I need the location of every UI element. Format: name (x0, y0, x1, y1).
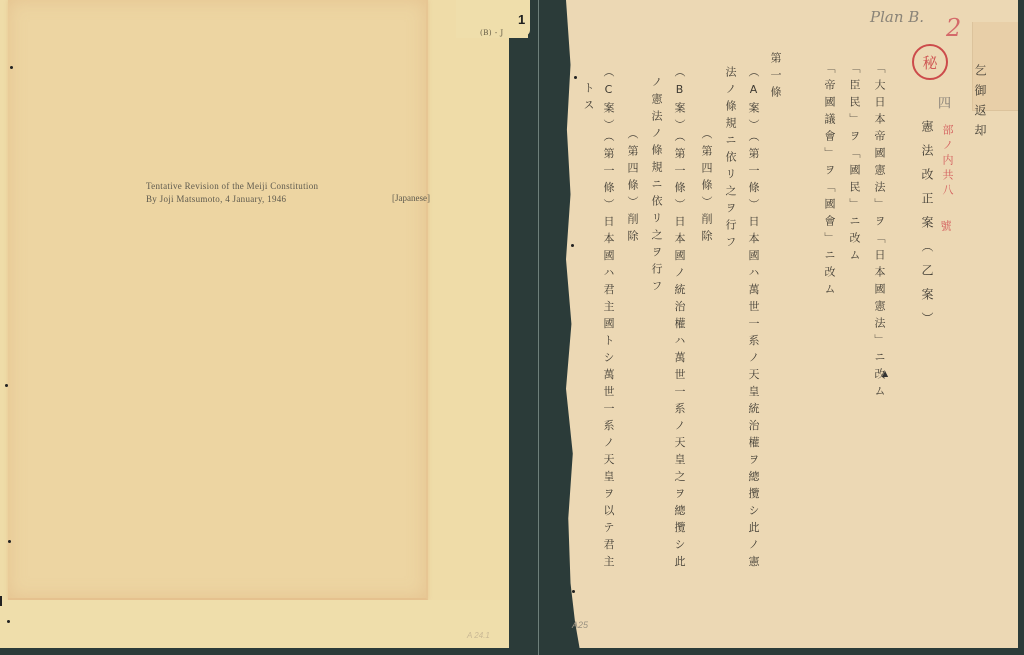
seal-glyph: 秘 (922, 52, 937, 73)
red-seal-stamp: 秘 (912, 44, 948, 80)
body-column: （B案）（第一條）日本國ノ統治權ハ萬世一系ノ天皇之ヲ總攬シ此 (674, 66, 685, 573)
body-column: （C案）（第一條）日本國ハ君主國トシ萬世一系ノ天皇ヲ以テ君主 (603, 66, 614, 573)
left-page-bottom-strip (0, 600, 509, 648)
left-page-stain-area (8, 0, 428, 600)
right-page (566, 0, 1018, 648)
page-number: 1 (518, 12, 525, 27)
punch-hole-mark (7, 620, 10, 623)
left-page-reference-mark: A 24.1 (467, 631, 490, 640)
body-column: （第四條）削除 (627, 128, 638, 247)
document-viewer: (B) - J 1 Tentative Revision of the Meij… (0, 0, 1024, 655)
body-column: 「臣民」ヲ「國民」ニ改ム (849, 62, 860, 266)
right-page-reference-mark: A25 (572, 620, 588, 630)
body-column: （第四條）削除 (701, 128, 712, 247)
triangle-mark: ▲ (882, 369, 888, 378)
punch-hole-mark (5, 384, 8, 387)
red-annotation: 部ノ内共八 (942, 124, 953, 199)
punch-hole-mark (572, 590, 575, 593)
punch-hole-mark (8, 540, 11, 543)
article-heading-column: 第一條 (770, 52, 781, 103)
punch-hole-mark (10, 66, 13, 69)
index-tab-label: (B) - J (480, 29, 504, 37)
body-column: 法ノ條規ニ依リ之ヲ行フ (725, 66, 736, 253)
punch-hole-mark (574, 76, 577, 79)
document-title: Tentative Revision of the Meiji Constitu… (146, 180, 318, 193)
document-heading-column: 憲法改正案（乙案） (921, 120, 933, 336)
body-column: ノ憲法ノ條規ニ依リ之ヲ行フ (651, 76, 662, 297)
edge-mark (0, 596, 2, 606)
body-column: （A案）（第一條）日本國ハ萬世一系ノ天皇統治權ヲ總攬シ此ノ憲 (748, 66, 759, 573)
punch-hole-mark (571, 244, 574, 247)
document-author-date: By Joji Matsumoto, 4 January, 1946 (146, 193, 318, 206)
body-column: 「大日本帝國憲法」ヲ「日本國憲法」ニ改ム (874, 62, 885, 402)
red-handwritten-mark: 2 (946, 14, 961, 42)
left-page (0, 0, 509, 648)
handwritten-note: Plan B. (870, 8, 924, 26)
page-divider (538, 0, 539, 655)
pencil-note: 四 (936, 96, 949, 115)
body-column: 「帝國議會」ヲ「國會」ニ改ム (824, 62, 835, 300)
red-annotation-tail: 號 (940, 220, 951, 237)
body-column: トス (583, 82, 594, 116)
document-title-block: Tentative Revision of the Meiji Constitu… (146, 180, 318, 206)
return-request-column: 乞御返却 (974, 64, 986, 144)
language-tag: [Japanese] (392, 193, 430, 203)
